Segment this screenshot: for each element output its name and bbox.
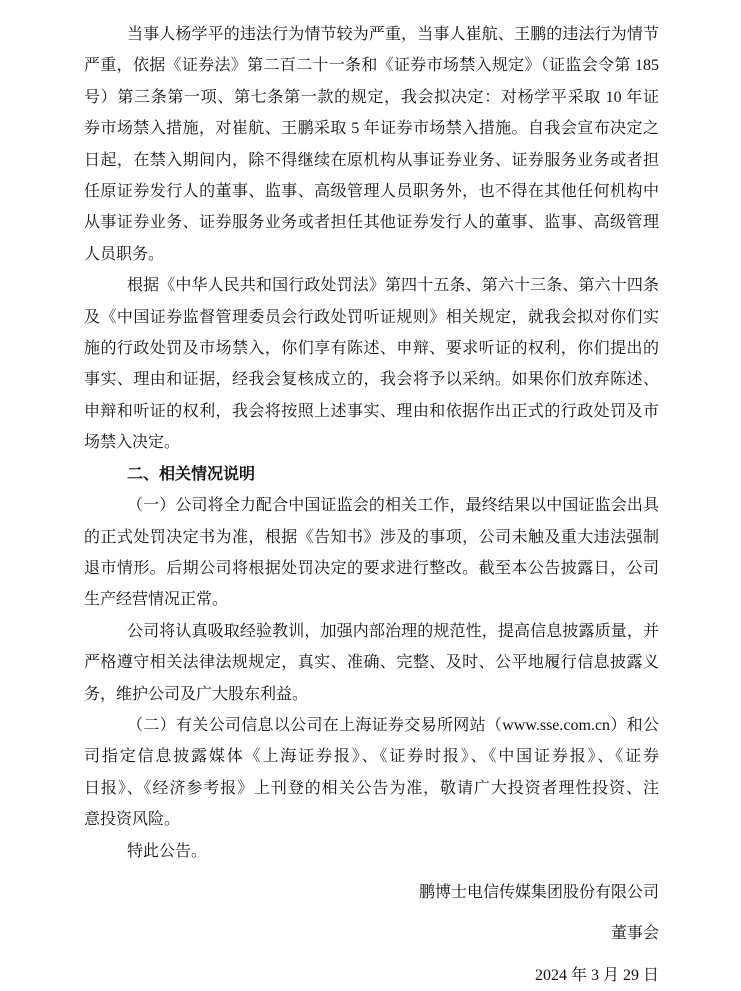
text-line: 生产经营情况正常。	[84, 584, 659, 615]
text-line: 场禁入决定。	[84, 427, 659, 458]
text-line: 特此公告。	[84, 836, 659, 867]
text-line: 根据《中华人民共和国行政处罚法》第四十五条、第六十三条、第六十四条	[84, 270, 659, 301]
text-line: 意投资风险。	[84, 804, 659, 835]
signature-company: 鹏博士电信传媒集团股份有限公司	[84, 877, 659, 908]
closing-paragraph: 特此公告。	[84, 836, 659, 867]
text-line: 严格遵守相关法律法规规定，真实、准确、完整、及时、公平地履行信息披露义	[84, 647, 659, 678]
text-line: （二）有关公司信息以公司在上海证券交易所网站（www.sse.com.cn）和公	[84, 710, 659, 741]
section-heading-text: 二、相关情况说明	[84, 459, 659, 490]
paragraph: （二）有关公司信息以公司在上海证券交易所网站（www.sse.com.cn）和公…	[84, 710, 659, 836]
signature-signer: 董事会	[84, 918, 659, 949]
text-line: 任原证券发行人的董事、监事、高级管理人员职务外，也不得在其他任何机构中	[84, 176, 659, 207]
document-page: 当事人杨学平的违法行为情节较为严重，当事人崔航、王鹏的违法行为情节 严重，依据《…	[0, 0, 741, 991]
text-line: 及《中国证券监督管理委员会行政处罚听证规则》相关规定，就我会拟对你们实	[84, 302, 659, 333]
text-line: 退市情形。后期公司将根据处罚决定的要求进行整改。截至本公告披露日，公司	[84, 553, 659, 584]
text-line: 人员职务。	[84, 239, 659, 270]
text-line: 公司将认真吸取经验教训，加强内部治理的规范性，提高信息披露质量，并	[84, 616, 659, 647]
section-heading: 二、相关情况说明	[84, 459, 659, 490]
paragraph: 公司将认真吸取经验教训，加强内部治理的规范性，提高信息披露质量，并 严格遵守相关…	[84, 616, 659, 710]
text-line: 务，维护公司及广大股东利益。	[84, 679, 659, 710]
text-line: 事实、理由和证据，经我会复核成立的，我会将予以采纳。如果你们放弃陈述、	[84, 364, 659, 395]
paragraph: 当事人杨学平的违法行为情节较为严重，当事人崔航、王鹏的违法行为情节 严重，依据《…	[84, 19, 659, 270]
text-line: 日报》、《经济参考报》上刊登的相关公告为准，敬请广大投资者理性投资、注	[84, 773, 659, 804]
paragraph: （一）公司将全力配合中国证监会的相关工作，最终结果以中国证监会出具 的正式处罚决…	[84, 490, 659, 616]
text-line: 号）第三条第一项、第七条第一款的规定，我会拟决定：对杨学平采取 10 年证	[84, 82, 659, 113]
text-line: （一）公司将全力配合中国证监会的相关工作，最终结果以中国证监会出具	[84, 490, 659, 521]
document-content: 当事人杨学平的违法行为情节较为严重，当事人崔航、王鹏的违法行为情节 严重，依据《…	[84, 19, 659, 991]
text-line: 申辩和听证的权利，我会将按照上述事实、理由和依据作出正式的行政处罚及市	[84, 396, 659, 427]
signature-date: 2024 年 3 月 29 日	[84, 960, 659, 991]
text-line: 施的行政处罚及市场禁入，你们享有陈述、申辩、要求听证的权利，你们提出的	[84, 333, 659, 364]
text-line: 券市场禁入措施，对崔航、王鹏采取 5 年证券市场禁入措施。自我会宣布决定之	[84, 113, 659, 144]
text-line: 的正式处罚决定书为准，根据《告知书》涉及的事项，公司未触及重大违法强制	[84, 522, 659, 553]
signature-block: 鹏博士电信传媒集团股份有限公司 董事会 2024 年 3 月 29 日	[84, 877, 659, 991]
text-line: 从事证券业务、证券服务业务或者担任其他证券发行人的董事、监事、高级管理	[84, 207, 659, 238]
text-line: 司指定信息披露媒体《上海证券报》、《证券时报》、《中国证券报》、《证券	[84, 741, 659, 772]
text-line: 当事人杨学平的违法行为情节较为严重，当事人崔航、王鹏的违法行为情节	[84, 19, 659, 50]
paragraph: 根据《中华人民共和国行政处罚法》第四十五条、第六十三条、第六十四条 及《中国证券…	[84, 270, 659, 458]
text-line: 严重，依据《证券法》第二百二十一条和《证券市场禁入规定》（证监会令第 185	[84, 50, 659, 81]
text-line: 日起，在禁入期间内，除不得继续在原机构从事证券业务、证券服务业务或者担	[84, 145, 659, 176]
